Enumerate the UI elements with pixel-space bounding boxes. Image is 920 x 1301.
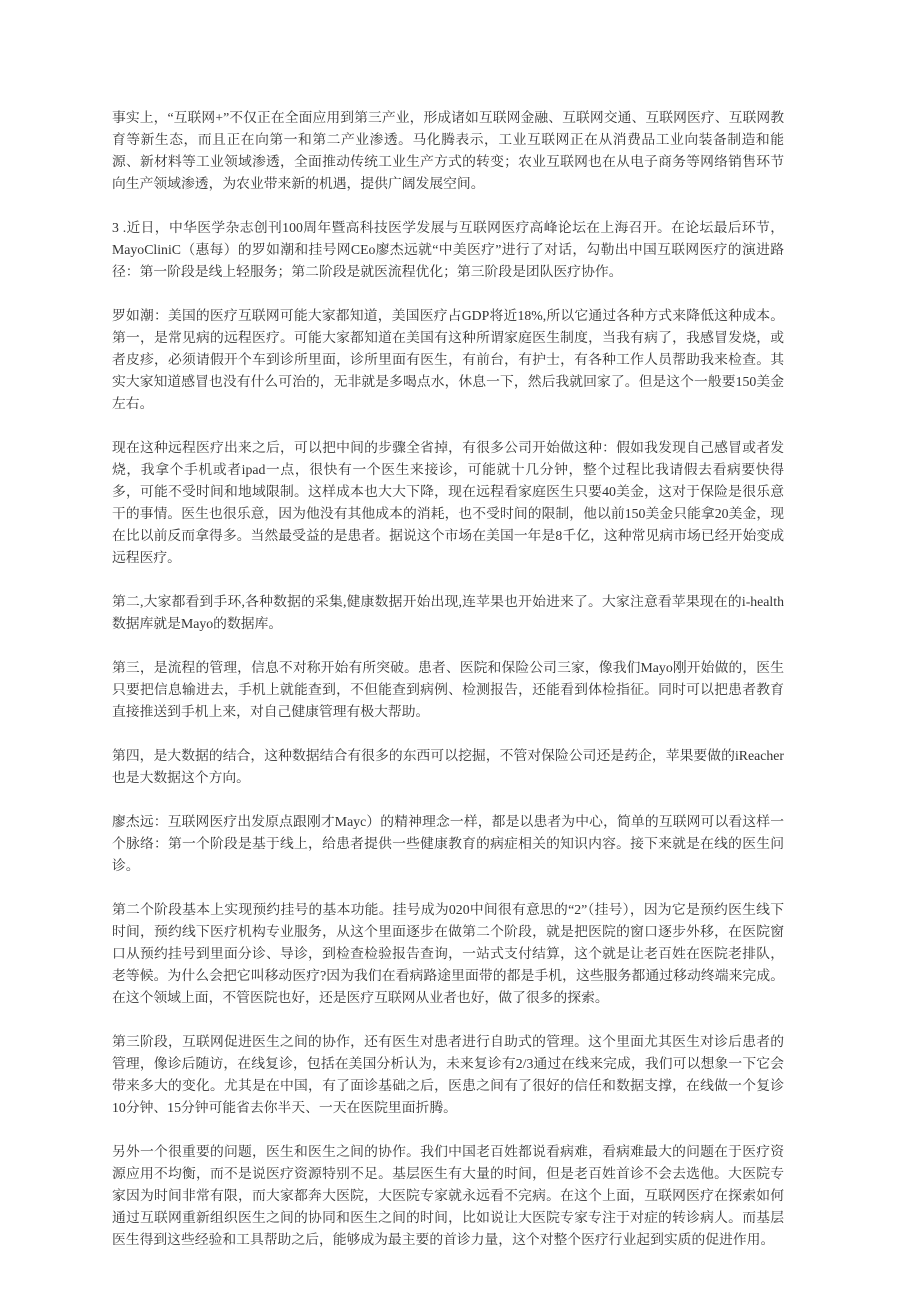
- paragraph-forum-intro: 3 .近日，中华医学杂志创刊100周年暨高科技医学发展与互联网医疗高峰论坛在上海…: [112, 217, 784, 283]
- paragraph-doctor-collaboration: 另外一个很重要的问题，医生和医生之间的协作。我们中国老百姓都说看病难，看病难最大…: [112, 1141, 784, 1251]
- paragraph-internet-plus: 事实上，“互联网+”不仅正在全面应用到第三产业，形成诸如互联网金融、互联网交通、…: [112, 107, 784, 195]
- paragraph-stage-two-registration: 第二个阶段基本上实现预约挂号的基本功能。挂号成为020中间很有意思的“2”（挂号…: [112, 899, 784, 1009]
- paragraph-stage-three-collaboration: 第三阶段，互联网促进医生之间的协作，还有医生对患者进行自助式的管理。这个里面尤其…: [112, 1031, 784, 1119]
- paragraph-third-process-management: 第三，是流程的管理，信息不对称开始有所突破。患者、医院和保险公司三家，像我们Ma…: [112, 657, 784, 723]
- paragraph-remote-care-benefits: 现在这种远程医疗出来之后，可以把中间的步骤全省掉，有很多公司开始做这种：假如我发…: [112, 437, 784, 569]
- paragraph-second-wearables: 第二,大家都看到手环,各种数据的采集,健康数据开始出现,连苹果也开始进来了。大家…: [112, 591, 784, 635]
- paragraph-liaojieyuan-stage-one: 廖杰远：互联网医疗出发原点跟刚才Mayc）的精神理念一样，都是以患者为中心，简单…: [112, 811, 784, 877]
- paragraph-luoruchao-remote-care: 罗如潮：美国的医疗互联网可能大家都知道，美国医疗占GDP将近18%,所以它通过各…: [112, 305, 784, 415]
- document-body: 事实上，“互联网+”不仅正在全面应用到第三产业，形成诸如互联网金融、互联网交通、…: [112, 107, 784, 1251]
- paragraph-fourth-big-data: 第四，是大数据的结合，这种数据结合有很多的东西可以挖掘，不管对保险公司还是药企，…: [112, 745, 784, 789]
